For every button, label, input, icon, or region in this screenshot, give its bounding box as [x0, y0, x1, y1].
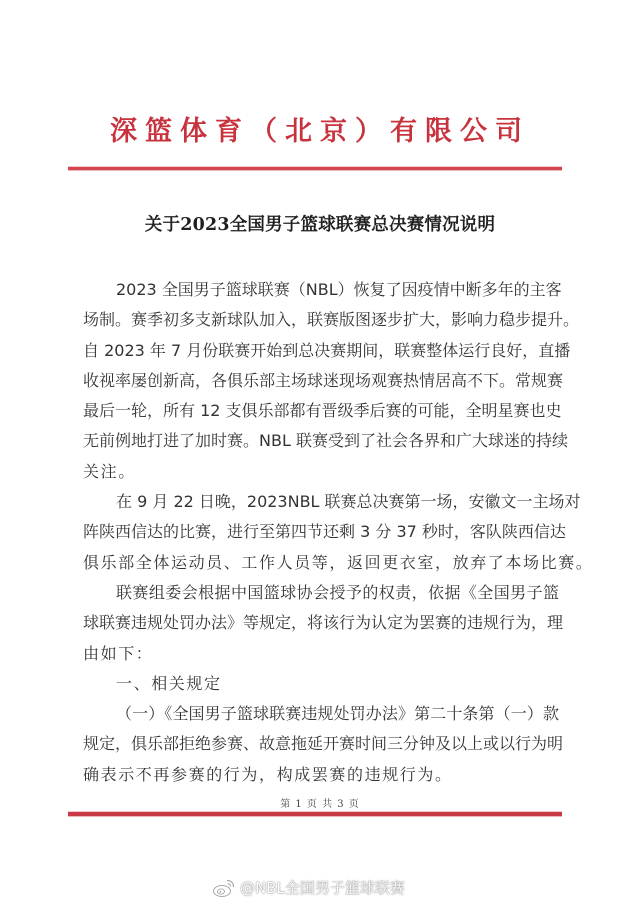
letterhead-rule-top: [68, 167, 562, 170]
letterhead-company-name: 深篮体育（北京）有限公司: [0, 112, 640, 152]
paragraph-line: 俱乐部全体运动员、工作人员等，返回更衣室，放弃了本场比赛。: [83, 548, 559, 578]
paragraph-line: 自 2023 年 7 月份联赛开始到总决赛期间，联赛整体运行良好，直播: [83, 336, 559, 366]
paragraph-line: （一）《全国男子篮球联赛违规处罚办法》第二十条第（一）款: [83, 699, 559, 729]
paragraph-line: 无前例地打进了加时赛。NBL 联赛受到了社会各界和广大球迷的持续: [83, 426, 559, 456]
paragraph-line: 球联赛违规处罚办法》等规定，将该行为认定为罢赛的违规行为，理: [83, 608, 559, 638]
weibo-icon: [212, 878, 236, 898]
paragraph-line: 阵陕西信达的比赛，进行至第四节还剩 3 分 37 秒时，客队陕西信达: [83, 517, 559, 547]
paragraph-line: 2023 全国男子篮球联赛（NBL）恢复了因疫情中断多年的主客: [83, 275, 559, 305]
watermark-text: @NBL全国男子篮球联赛: [240, 877, 405, 898]
paragraph-line: 规定，俱乐部拒绝参赛、故意拖延开赛时间三分钟及以上或以行为明: [83, 729, 559, 759]
paragraph-line: 最后一轮，所有 12 支俱乐部都有晋级季后赛的可能，全明星赛也史: [83, 396, 559, 426]
page-indicator: 第 1 页 共 3 页: [0, 795, 640, 810]
document-body: 2023 全国男子篮球联赛（NBL）恢复了因疫情中断多年的主客 场制。赛季初多支…: [83, 275, 559, 790]
paragraph-line: 关注。: [83, 457, 559, 487]
paragraph-line: 收视率屡创新高，各俱乐部主场球迷现场观赛热情居高不下。常规赛: [83, 366, 559, 396]
footer-rule-bottom: [68, 812, 562, 816]
document-title: 关于2023全国男子篮球联赛总决赛情况说明: [0, 211, 640, 236]
paragraph-line: 联赛组委会根据中国篮球协会授予的权责，依据《全国男子篮: [83, 578, 559, 608]
paragraph-line: 在 9 月 22 日晚，2023NBL 联赛总决赛第一场，安徽文一主场对: [83, 487, 559, 517]
paragraph-line: 场制。赛季初多支新球队加入，联赛版图逐步扩大，影响力稳步提升。: [83, 305, 559, 335]
paragraph-line: 确表示不再参赛的行为，构成罢赛的违规行为。: [83, 760, 559, 790]
watermark: @NBL全国男子篮球联赛: [212, 877, 405, 898]
section-heading: 一、相关规定: [83, 669, 559, 699]
paragraph-line: 由如下：: [83, 639, 559, 669]
